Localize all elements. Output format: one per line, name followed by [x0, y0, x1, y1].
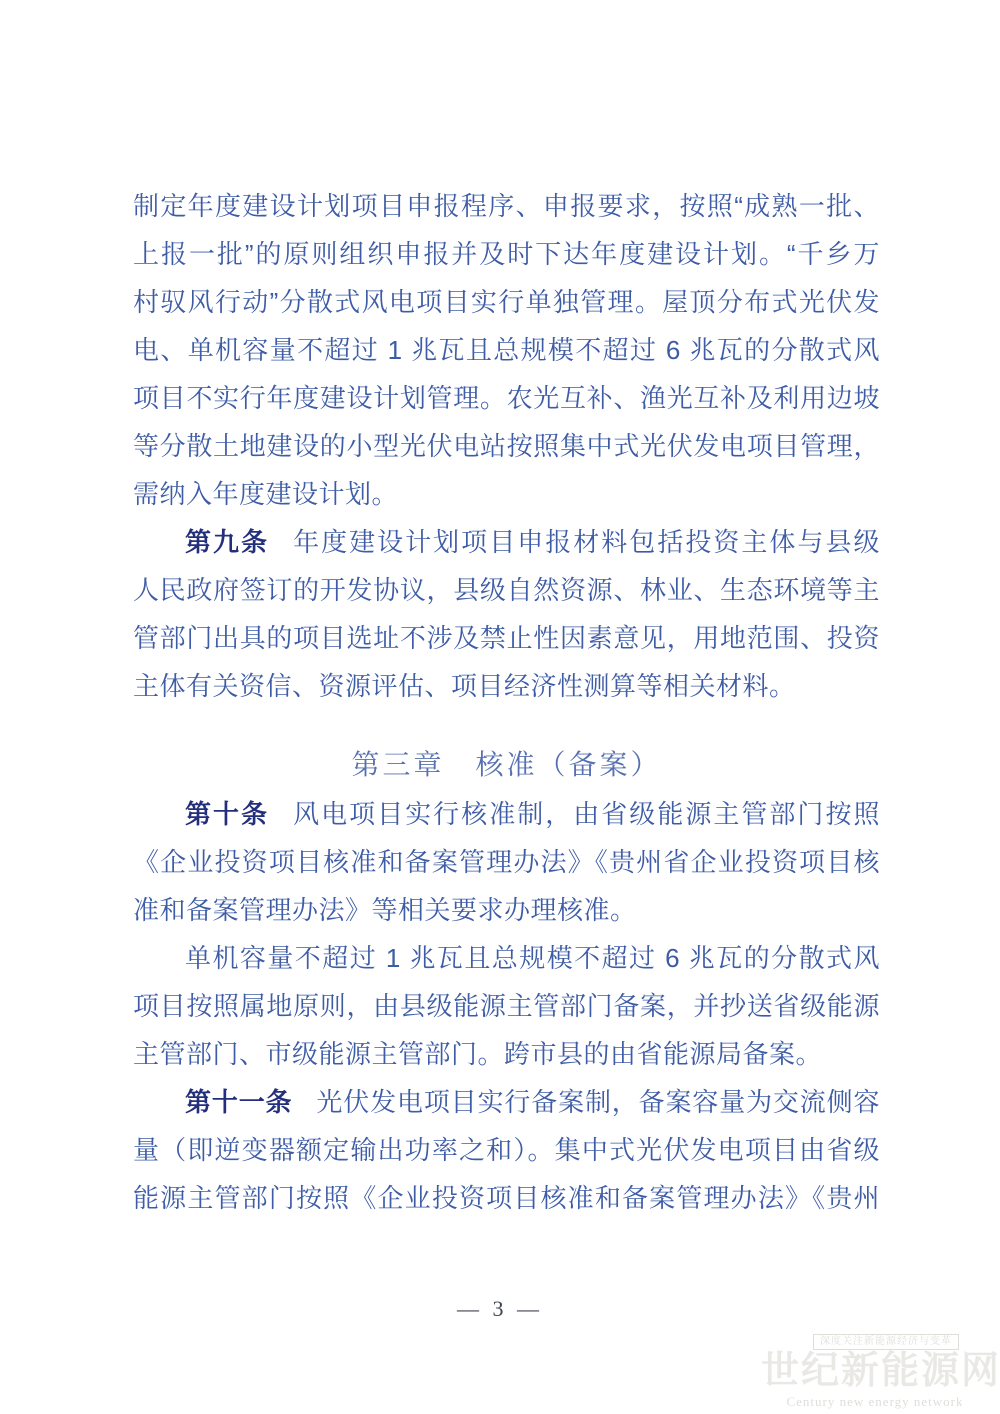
- line-text: 上报一批”的原则组织申报并及时下达年度建设计划。“千乡万: [133, 239, 880, 269]
- line-text: 准和备案管理办法》等相关要求办理核准。: [133, 895, 637, 925]
- text-line: 管部门出具的项目选址不涉及禁止性因素意见，用地范围、投资: [133, 614, 880, 662]
- text-line: 第十条风电项目实行核准制，由省级能源主管部门按照: [133, 790, 880, 838]
- text-line: 主管部门、市级能源主管部门。跨市县的由省能源局备案。: [133, 1030, 880, 1078]
- line-text: 主体有关资信、资源评估、项目经济性测算等相关材料。: [133, 671, 796, 701]
- line-text: 单机容量不超过 1 兆瓦且总规模不超过 6 兆瓦的分散式风电: [185, 943, 880, 982]
- line-text: 主管部门、市级能源主管部门。跨市县的由省能源局备案。: [133, 1039, 822, 1069]
- text-line: 需纳入年度建设计划。: [133, 470, 880, 518]
- watermark-title: 世纪新能源网: [761, 1350, 1000, 1392]
- line-text: 电、单机容量不超过 1 兆瓦且总规模不超过 6 兆瓦的分散式风电: [133, 335, 880, 374]
- text-line: 上报一批”的原则组织申报并及时下达年度建设计划。“千乡万: [133, 230, 880, 278]
- line-text: 制定年度建设计划项目申报程序、申报要求，按照“成熟一批、: [133, 191, 880, 221]
- watermark-subtitle: Century new energy network: [755, 1394, 995, 1410]
- text-line: 电、单机容量不超过 1 兆瓦且总规模不超过 6 兆瓦的分散式风电: [133, 326, 880, 374]
- text-line: 等分散土地建设的小型光伏电站按照集中式光伏发电项目管理，: [133, 422, 880, 470]
- line-text: 需纳入年度建设计划。: [133, 479, 398, 509]
- text-line: 制定年度建设计划项目申报程序、申报要求，按照“成熟一批、: [133, 182, 880, 230]
- line-text: 人民政府签订的开发协议，县级自然资源、林业、生态环境等主: [133, 575, 880, 605]
- text-line: 项目按照属地原则，由县级能源主管部门备案，并抄送省级能源: [133, 982, 880, 1030]
- line-text: 第三章 核准（备案）: [351, 750, 661, 781]
- line-text: 项目按照属地原则，由县级能源主管部门备案，并抄送省级能源: [133, 991, 880, 1021]
- text-line: 第十一条光伏发电项目实行备案制，备案容量为交流侧容: [133, 1078, 880, 1126]
- text-line: 准和备案管理办法》等相关要求办理核准。: [133, 886, 880, 934]
- line-text: 光伏发电项目实行备案制，备案容量为交流侧容: [316, 1087, 880, 1117]
- line-text: 等分散土地建设的小型光伏电站按照集中式光伏发电项目管理，: [133, 431, 880, 461]
- line-text: 项目不实行年度建设计划管理。农光互补、渔光互补及利用边坡: [133, 383, 880, 413]
- watermark-banner: 深度关注新能源经济与变革: [813, 1334, 959, 1350]
- line-text: 能源主管部门按照《企业投资项目核准和备案管理办法》《贵州: [133, 1183, 880, 1213]
- article-term: 第九条: [185, 527, 269, 557]
- line-text: 量（即逆变器额定输出功率之和）。集中式光伏发电项目由省级: [133, 1135, 880, 1165]
- article-term: 第十一条: [185, 1087, 292, 1117]
- text-line: 能源主管部门按照《企业投资项目核准和备案管理办法》《贵州: [133, 1174, 880, 1222]
- text-line: 量（即逆变器额定输出功率之和）。集中式光伏发电项目由省级: [133, 1126, 880, 1174]
- page-number: — 3 —: [0, 1296, 1000, 1322]
- text-line: 单机容量不超过 1 兆瓦且总规模不超过 6 兆瓦的分散式风电: [133, 934, 880, 982]
- article-term: 第十条: [185, 799, 269, 829]
- text-line: 人民政府签订的开发协议，县级自然资源、林业、生态环境等主: [133, 566, 880, 614]
- text-line: 项目不实行年度建设计划管理。农光互补、渔光互补及利用边坡: [133, 374, 880, 422]
- line-text: 管部门出具的项目选址不涉及禁止性因素意见，用地范围、投资: [133, 623, 880, 653]
- line-text: 年度建设计划项目申报材料包括投资主体与县级: [293, 527, 880, 557]
- document-page: 制定年度建设计划项目申报程序、申报要求，按照“成熟一批、上报一批”的原则组织申报…: [0, 0, 1000, 1414]
- text-line: 村驭风行动”分散式风电项目实行单独管理。屋顶分布式光伏发: [133, 278, 880, 326]
- line-text: 村驭风行动”分散式风电项目实行单独管理。屋顶分布式光伏发: [133, 287, 880, 317]
- document-body: 制定年度建设计划项目申报程序、申报要求，按照“成熟一批、上报一批”的原则组织申报…: [133, 182, 880, 1222]
- text-line: 第九条年度建设计划项目申报材料包括投资主体与县级: [133, 518, 880, 566]
- line-text: 《企业投资项目核准和备案管理办法》《贵州省企业投资项目核: [133, 847, 880, 877]
- text-line: 第三章 核准（备案）: [133, 742, 880, 790]
- watermark: 深度关注新能源经济与变革 世纪新能源网 Century new energy n…: [755, 1328, 995, 1414]
- text-line: 主体有关资信、资源评估、项目经济性测算等相关材料。: [133, 662, 880, 710]
- text-line: 《企业投资项目核准和备案管理办法》《贵州省企业投资项目核: [133, 838, 880, 886]
- line-text: 风电项目实行核准制，由省级能源主管部门按照: [293, 799, 880, 829]
